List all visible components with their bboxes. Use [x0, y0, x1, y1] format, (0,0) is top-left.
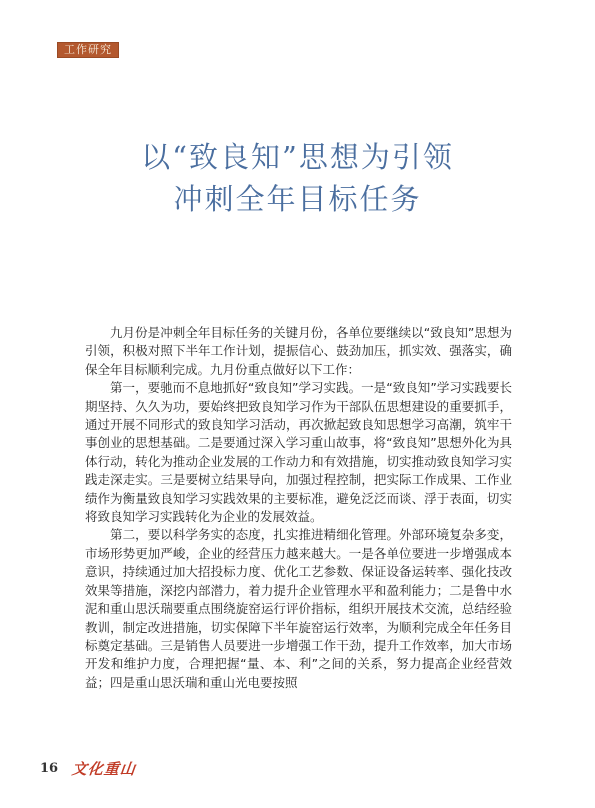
- article-title-line-2: 冲刺全年目标任务: [0, 178, 595, 220]
- article-title: 以“致良知”思想为引领 冲刺全年目标任务: [0, 136, 595, 220]
- section-badge-label: 工作研究: [64, 43, 112, 56]
- page-number: 16: [40, 761, 58, 776]
- section-badge: 工作研究: [57, 42, 119, 58]
- paragraph-point-one: 第一，要驰而不息地抓好“致良知”学习实践。一是“致良知”学习实践要长期坚持、久久…: [85, 379, 512, 526]
- paragraph-intro: 九月份是冲刺全年目标任务的关键月份，各单位要继续以“致良知”思想为引领，积极对照…: [85, 324, 512, 379]
- page-footer: 16 文化重山: [40, 758, 136, 779]
- brand-logo: 文化重山: [71, 758, 137, 779]
- paragraph-point-two: 第二，要以科学务实的态度，扎实推进精细化管理。外部环境复杂多变，市场形势更加严峻…: [85, 526, 512, 692]
- article-title-line-1: 以“致良知”思想为引领: [0, 136, 595, 178]
- article-body: 九月份是冲刺全年目标任务的关键月份，各单位要继续以“致良知”思想为引领，积极对照…: [85, 324, 512, 692]
- magazine-page: 工作研究 以“致良知”思想为引领 冲刺全年目标任务 九月份是冲刺全年目标任务的关…: [0, 0, 595, 808]
